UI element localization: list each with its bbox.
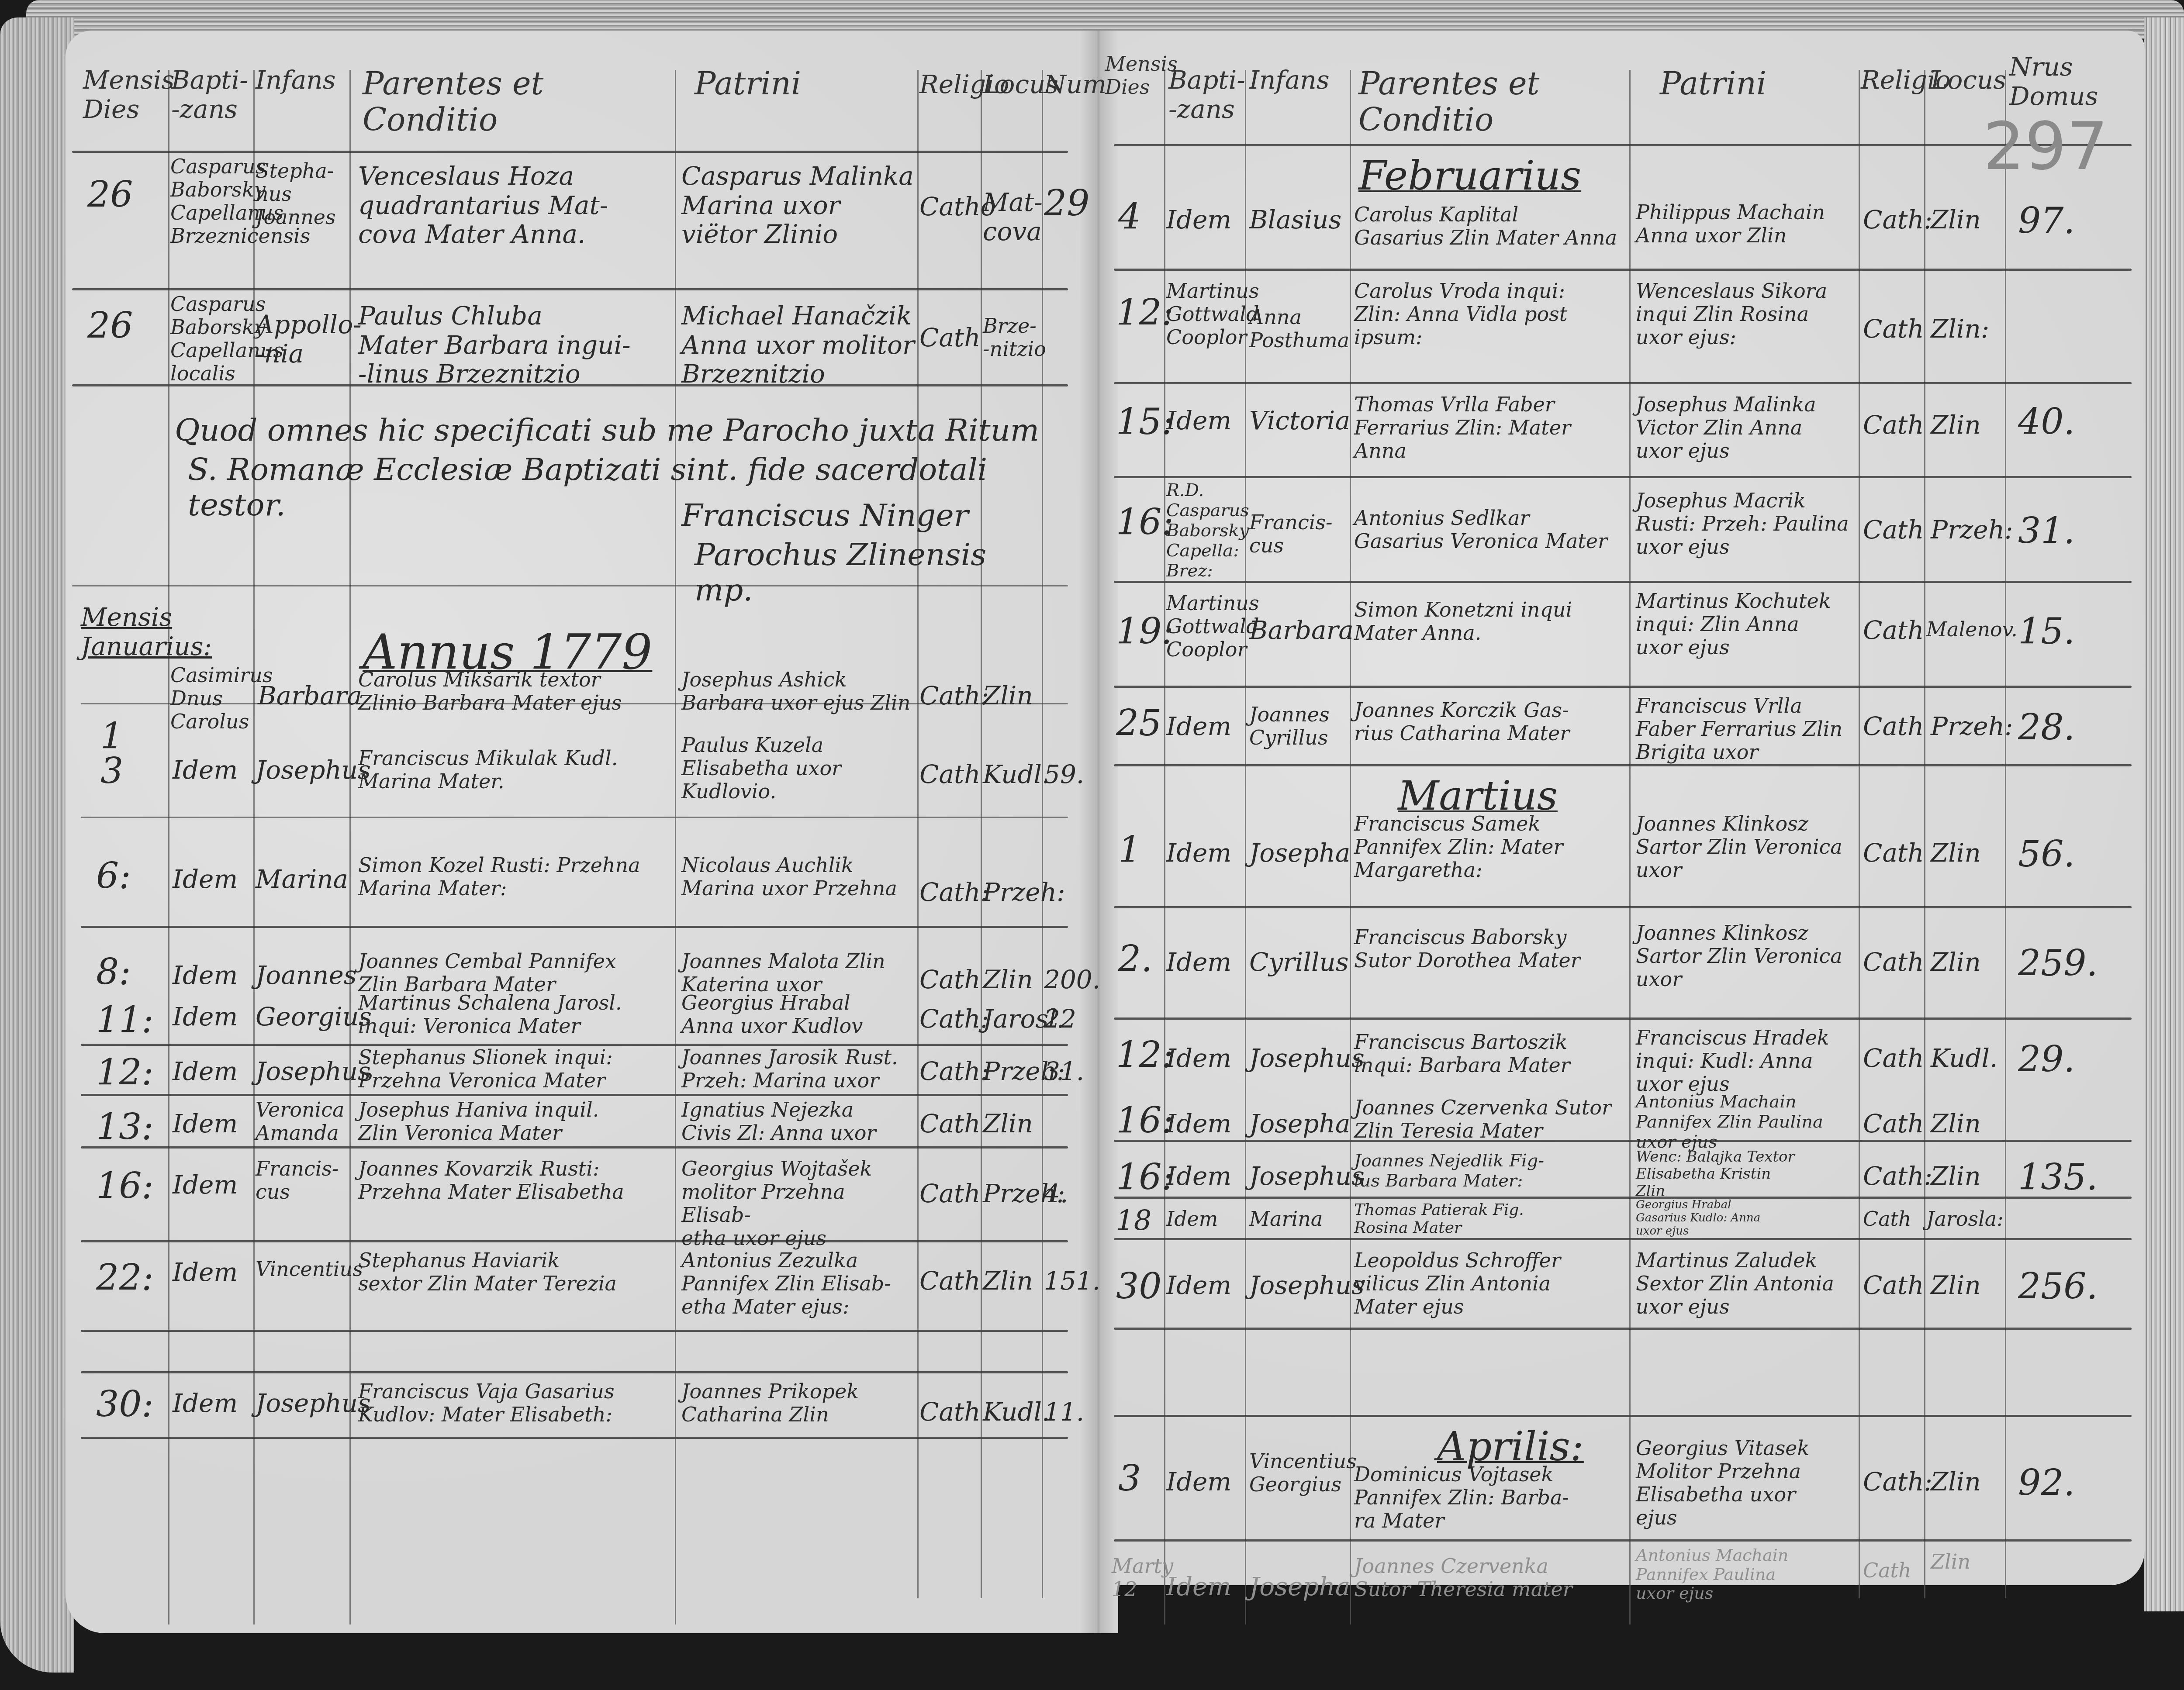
row-patrini: Georgius Wojtašek molitor Przehna Elisab…	[681, 1157, 917, 1250]
row-religio: Cath	[1863, 515, 1924, 545]
left-header-dies: Mensis Dies	[83, 66, 168, 124]
row-num: 15.	[2018, 611, 2075, 652]
row-religio: Cath	[1863, 1559, 1911, 1582]
row-parentes: Joannes Kovarzik Rusti: Przehna Mater El…	[358, 1157, 673, 1204]
right-row-rule	[1114, 1238, 2132, 1240]
row-religio: Cath	[1863, 948, 1924, 977]
row-locus: Zlin	[1931, 410, 1981, 440]
right-col-rule	[1629, 70, 1631, 1624]
row-day: 16:	[1116, 502, 1174, 543]
row-religio: Cath:	[919, 681, 989, 710]
row-patrini: Josephus Macrik Rusti: Przeh: Paulina ux…	[1636, 489, 1859, 559]
right-col-rule	[2005, 70, 2006, 1598]
row-day: 26	[87, 306, 133, 347]
row-religio: Cath	[1863, 838, 1924, 868]
row-day: 3	[100, 751, 123, 792]
row-patrini: Joannes Klinkosz Sartor Zlin Veronica ux…	[1636, 921, 1859, 991]
right-row-rule	[1114, 686, 2132, 688]
row-day: Marty 12	[1112, 1555, 1164, 1601]
left-header-patrini: Patrini	[695, 66, 913, 102]
row-locus: Zlin	[1931, 1550, 1970, 1573]
row-infans: Josephus	[1249, 1271, 1365, 1300]
row-religio: Cath:	[1863, 1467, 1932, 1497]
row-day: 16:	[96, 1166, 154, 1207]
row-locus: Zlin:	[1931, 314, 1989, 344]
row-infans: Joannes	[256, 961, 357, 990]
row-num: 135.	[2018, 1157, 2098, 1198]
left-header-religio: Religio	[919, 70, 981, 99]
right-header-locus: Locus	[1931, 66, 2001, 95]
row-religio: Cath	[919, 323, 981, 352]
row-religio: Cath	[919, 1179, 981, 1208]
row-num: 56.	[2018, 834, 2075, 875]
row-patrini: Joannes Klinkosz Sartor Zlin Veronica ux…	[1636, 812, 1859, 882]
row-num: 259.	[2018, 943, 2098, 984]
row-locus: Kudl.	[1931, 1044, 1998, 1073]
row-religio: Cath:	[919, 878, 989, 907]
row-infans: Cyrillus	[1249, 948, 1349, 977]
row-day: 19:	[1116, 611, 1174, 652]
row-baptizans: Idem	[1166, 838, 1231, 868]
row-baptizans: Idem	[1166, 1044, 1231, 1073]
row-patrini: Antonius Zezulka Pannifex Zlin Elisab- e…	[681, 1249, 917, 1318]
row-parentes: Carolus Kaplital Gasarius Zlin Mater Ann…	[1354, 203, 1629, 249]
row-patrini: Nicolaus Auchlik Marina uxor Przehna	[681, 854, 917, 900]
row-parentes: Venceslaus Hoza quadrantarius Mat- cova …	[358, 162, 673, 249]
row-infans: Josephus	[256, 1389, 371, 1418]
row-infans: Josepha	[1249, 838, 1350, 868]
row-infans: Barbara	[1249, 616, 1354, 645]
row-infans: Josepha	[1249, 1572, 1350, 1601]
row-day: 30	[1116, 1266, 1161, 1307]
row-patrini: Georgius Vitasek Molitor Przehna Elisabe…	[1636, 1437, 1859, 1529]
row-baptizans: Idem	[1166, 205, 1231, 235]
row-num: 4.	[1044, 1179, 1068, 1208]
right-row-rule	[1114, 269, 2132, 271]
row-parentes: Antonius Sedlkar Gasarius Veronica Mater	[1354, 507, 1629, 553]
left-row-rule	[72, 288, 1068, 290]
row-patrini: Joannes Malota Zlin Katerina uxor	[681, 950, 917, 996]
row-day: 13:	[96, 1107, 154, 1148]
row-parentes: Paulus Chluba Mater Barbara ingui- -linu…	[358, 301, 673, 389]
row-patrini: Martinus Kochutek inqui: Zlin Anna uxor …	[1636, 590, 1859, 659]
row-patrini: Georgius Hrabal Anna uxor Kudlov	[681, 991, 917, 1038]
row-patrini: Joannes Prikopek Catharina Zlin	[681, 1380, 917, 1426]
row-baptizans: Idem	[1166, 1572, 1231, 1601]
row-religio: Cath	[919, 1397, 981, 1427]
row-locus: Zlin	[1931, 1467, 1981, 1497]
right-header-num-domus: Nrus Domus	[2009, 52, 2097, 110]
row-religio: Cath	[1863, 616, 1924, 645]
row-infans: Stepha- nus Joannes	[256, 159, 347, 229]
row-religio: Cath	[919, 965, 981, 994]
row-parentes: Stephanus Haviarik sextor Zlin Mater Ter…	[358, 1249, 673, 1295]
row-day: 25	[1116, 703, 1161, 744]
row-patrini: Ignatius Nejezka Civis Zl: Anna uxor	[681, 1098, 917, 1145]
row-baptizans: Idem	[173, 1057, 238, 1086]
row-patrini: Wenc: Balajka Textor Elisabetha Kristin …	[1636, 1149, 1859, 1200]
row-religio: Cath	[1863, 712, 1924, 741]
row-parentes: Thomas Vrlla Faber Ferrarius Zlin: Mater…	[1354, 393, 1629, 462]
right-header-dies: Mensis Dies	[1105, 52, 1164, 99]
row-locus: Mat- cova	[983, 188, 1043, 246]
left-row-rule	[81, 1371, 1068, 1373]
row-locus: Zlin	[1931, 1271, 1981, 1300]
row-baptizans: Idem	[1166, 1109, 1231, 1138]
signature-name: Franciscus Ninger	[681, 498, 1031, 533]
row-infans: Vincentius	[256, 1258, 347, 1281]
left-row-rule	[81, 1094, 1068, 1096]
right-row-rule	[1114, 1017, 2132, 1020]
row-baptizans: Idem	[1166, 1162, 1231, 1191]
row-parentes: Franciscus Bartoszik inqui: Barbara Mate…	[1354, 1031, 1629, 1077]
row-parentes: Franciscus Samek Pannifex Zlin: Mater Ma…	[1354, 812, 1629, 882]
row-infans: Barbara	[258, 681, 362, 710]
row-locus: Kudl.	[983, 1397, 1050, 1427]
row-locus: Zlin	[983, 681, 1033, 710]
row-parentes: Joannes Czervenka Sutor Zlin Teresia Mat…	[1354, 1096, 1629, 1142]
row-religio: Cath	[1863, 1109, 1924, 1138]
right-row-rule	[1114, 764, 2132, 766]
row-baptizans: Idem	[173, 1109, 238, 1138]
row-day: 3	[1118, 1459, 1141, 1500]
row-parentes: Franciscus Mikulak Kudl. Marina Mater.	[358, 747, 673, 793]
row-parentes: Carolus Mikšarik textor Zlinio Barbara M…	[358, 668, 673, 714]
row-num: 40.	[2018, 402, 2075, 443]
row-infans: Anna Posthuma	[1249, 306, 1345, 352]
right-header-religio: Religio	[1861, 66, 1922, 95]
row-locus: Zlin	[983, 1109, 1033, 1138]
row-parentes: Franciscus Vaja Gasarius Kudlov: Mater E…	[358, 1380, 673, 1426]
row-baptizans: Idem	[173, 755, 238, 785]
row-locus: Zlin	[983, 1266, 1033, 1296]
right-row-rule	[1114, 1328, 2132, 1330]
left-header-baptizans: Bapti- -zans	[171, 66, 252, 124]
row-locus: Kudl.	[983, 760, 1050, 789]
row-baptizans: Idem	[173, 961, 238, 990]
row-num: 31.	[1044, 1057, 1084, 1086]
row-patrini: Joannes Jarosik Rust. Przeh: Marina uxor	[681, 1046, 917, 1092]
row-locus: Przeh:	[1931, 515, 2013, 545]
row-locus: Zlin	[1931, 948, 1981, 977]
row-patrini: Antonius Machain Pannifex Paulina uxor e…	[1636, 1546, 1859, 1603]
left-col-rule	[917, 70, 919, 1598]
right-row-rule	[1114, 144, 2132, 146]
left-row-rule	[72, 151, 1068, 153]
right-row-rule	[1114, 1197, 2132, 1199]
row-religio: Cath	[1863, 1044, 1924, 1073]
row-patrini: Michael Hanačzik Anna uxor molitor Brzez…	[681, 301, 917, 389]
row-day: 30:	[96, 1384, 154, 1425]
row-day: 6:	[96, 856, 131, 897]
row-day: 16:	[1116, 1157, 1174, 1198]
row-parentes: Joannes Korczik Gas- rius Catharina Mate…	[1354, 699, 1629, 745]
row-infans: Josephus	[256, 755, 347, 785]
row-baptizans: Idem	[173, 1170, 238, 1200]
row-day: 4	[1118, 197, 1141, 238]
row-num: 28.	[2018, 707, 2075, 748]
right-page	[1096, 31, 2145, 1585]
row-day: 12:	[1116, 1035, 1174, 1076]
row-day: 1	[1118, 830, 1141, 871]
row-baptizans: Martinus Gottwald Cooplor	[1166, 592, 1245, 661]
row-locus: Zlin	[1931, 838, 1981, 868]
row-locus: Przeh:	[1931, 712, 2013, 741]
row-infans: Appollo- -nia	[256, 310, 347, 368]
right-header-baptizans: Bapti- -zans	[1168, 66, 1245, 124]
row-patrini: Franciscus Hradek inqui: Kudl: Anna uxor…	[1636, 1026, 1859, 1096]
row-parentes: Joannes Czervenka Sutor Theresia mater	[1354, 1555, 1629, 1601]
left-row-rule	[81, 926, 1068, 928]
row-baptizans: Idem	[173, 1258, 238, 1287]
book-gutter	[1079, 31, 1118, 1633]
book-left-page-stack	[0, 17, 74, 1673]
row-baptizans: Casparus Baborsky Capellanus localis	[170, 293, 253, 385]
row-day: 16:	[1116, 1100, 1174, 1142]
signature-title: Parochus Zlinensis mp.	[695, 537, 1044, 607]
row-religio: Cath	[1863, 410, 1924, 440]
row-religio: Cath	[1863, 1271, 1924, 1300]
row-num: 29	[1044, 183, 1089, 224]
row-infans: Josepha	[1249, 1109, 1350, 1138]
row-num: 22	[1044, 1004, 1076, 1034]
row-num: 92.	[2018, 1463, 2075, 1504]
row-baptizans: Idem	[1166, 406, 1231, 435]
row-locus: Brze- -nitzio	[983, 314, 1046, 361]
row-baptizans: Idem	[173, 1002, 238, 1031]
row-parentes: Leopoldus Schroffer vilicus Zlin Antonia…	[1354, 1249, 1629, 1318]
row-patrini: Antonius Machain Pannifex Zlin Paulina u…	[1636, 1092, 1859, 1152]
row-baptizans: Idem	[1166, 1207, 1218, 1231]
row-baptizans: Casimirus Dnus Carolus	[170, 664, 253, 733]
row-infans: Georgius	[256, 1002, 372, 1031]
right-header-parentes: Parentes et Conditio	[1358, 66, 1629, 138]
row-baptizans: Idem	[173, 1389, 238, 1418]
row-infans: Joannes Cyrillus	[1249, 703, 1345, 749]
row-patrini: Franciscus Vrlla Faber Ferrarius Zlin Br…	[1636, 694, 1859, 764]
month-januarius-label: Mensis Januarius:	[81, 603, 168, 661]
row-religio: Cath	[919, 1109, 981, 1138]
left-row-rule	[81, 1330, 1068, 1332]
row-day: 8:	[96, 952, 131, 993]
row-num: 59.	[1044, 760, 1084, 789]
row-infans: Josephus	[1249, 1162, 1365, 1191]
row-day: 18	[1116, 1205, 1151, 1238]
row-infans: Blasius	[1249, 205, 1341, 235]
left-header-parentes: Parentes et Conditio	[363, 66, 668, 138]
right-row-rule	[1114, 476, 2132, 478]
right-header-infans: Infans	[1249, 66, 1345, 95]
row-baptizans: Idem	[1166, 1467, 1231, 1497]
row-parentes: Carolus Vroda inqui: Zlin: Anna Vidla po…	[1354, 279, 1629, 349]
row-parentes: Simon Kozel Rusti: Przehna Marina Mater:	[358, 854, 673, 900]
row-locus: Zlin	[1931, 1109, 1981, 1138]
row-num: 11.	[1044, 1397, 1084, 1427]
row-patrini: Josephus Malinka Victor Zlin Anna uxor e…	[1636, 393, 1859, 462]
row-baptizans: Idem	[1166, 712, 1231, 741]
row-day: 15:	[1116, 402, 1174, 443]
month-februarius: Februarius	[1358, 153, 1581, 199]
row-patrini: Casparus Malinka Marina uxor viëtor Zlin…	[681, 162, 917, 249]
left-header-num: Num	[1044, 70, 1083, 99]
row-locus: Zlin	[1931, 1162, 1981, 1191]
row-day: 22:	[96, 1258, 154, 1299]
row-infans: Veronica Amanda	[256, 1098, 347, 1145]
right-row-rule	[1114, 906, 2132, 908]
left-row-rule	[81, 1240, 1068, 1242]
row-parentes: Joannes Nejedlik Fig- lus Barbara Mater:	[1354, 1151, 1629, 1191]
row-locus: Jarosla:	[1926, 1207, 2004, 1231]
row-patrini: Martinus Zaludek Sextor Zlin Antonia uxo…	[1636, 1249, 1859, 1318]
row-parentes: Stephanus Slionek inqui: Przehna Veronic…	[358, 1046, 673, 1092]
row-baptizans: Idem	[173, 865, 238, 894]
row-religio: Cath	[919, 1266, 981, 1296]
row-patrini: Josephus Ashick Barbara uxor ejus Zlin	[681, 668, 917, 714]
row-parentes: Josephus Haniva inquil. Zlin Veronica Ma…	[358, 1098, 673, 1145]
left-col-rule	[675, 70, 676, 1624]
row-infans: Marina	[1249, 1207, 1323, 1231]
row-patrini: Paulus Kuzela Elisabetha uxor Kudlovio.	[681, 734, 917, 803]
attestation-line-1: Quod omnes hic specificati sub me Paroch…	[175, 413, 1070, 448]
book-right-page-stack	[2144, 17, 2184, 1611]
row-infans: Francis- cus	[1249, 511, 1345, 557]
row-day: 11:	[96, 1000, 154, 1041]
row-num: 97.	[2018, 201, 2075, 242]
row-parentes: Simon Konetzni inqui Mater Anna.	[1354, 598, 1629, 645]
row-locus: Zlin	[983, 965, 1033, 994]
row-baptizans: Idem	[1166, 1271, 1231, 1300]
row-religio: Cath	[1863, 1207, 1911, 1231]
row-parentes: Dominicus Vojtasek Pannifex Zlin: Barba-…	[1354, 1463, 1629, 1532]
row-baptizans: Idem	[1166, 948, 1231, 977]
right-col-rule	[1924, 70, 1925, 1598]
row-baptizans: R.D. Casparus Baborsky Capella: Brez:	[1166, 480, 1245, 581]
row-infans: Josephus	[1249, 1044, 1365, 1073]
row-num: 31.	[2018, 511, 2075, 552]
row-parentes: Martinus Schalena Jarosl. inqui: Veronic…	[358, 991, 673, 1038]
row-day: 2.	[1118, 939, 1152, 980]
left-header-locus: Locus	[983, 70, 1042, 99]
row-locus: Przeh:	[983, 878, 1065, 907]
row-infans: Victoria	[1249, 406, 1350, 435]
right-header-patrini: Patrini	[1660, 66, 1852, 102]
left-header-infans: Infans	[256, 66, 347, 95]
right-row-rule	[1114, 1415, 2132, 1417]
row-num: 151.	[1044, 1266, 1100, 1296]
left-col-rule	[981, 70, 982, 1598]
row-num: 256.	[2018, 1266, 2098, 1307]
row-religio: Cath:	[1863, 1162, 1932, 1191]
row-num: 29.	[2018, 1039, 2075, 1080]
row-parentes: Franciscus Baborsky Sutor Dorothea Mater	[1354, 926, 1629, 972]
row-parentes: Thomas Patierak Fig. Rosina Mater	[1354, 1201, 1629, 1237]
left-row-rule	[81, 1437, 1068, 1439]
row-baptizans: Martinus Gottwald Cooplor	[1166, 279, 1245, 349]
row-patrini: Wenceslaus Sikora inqui Zlin Rosina uxor…	[1636, 279, 1859, 349]
row-baptizans: Casparus Baborsky Capellanus Brzeznicens…	[170, 155, 253, 248]
right-row-rule	[1114, 382, 2132, 384]
row-infans: Josephus	[256, 1057, 371, 1086]
right-col-rule	[1859, 70, 1860, 1598]
row-locus: Malenov.	[1926, 618, 2018, 641]
page-number: 297	[1983, 109, 2108, 185]
row-patrini: Philippus Machain Anna uxor Zlin	[1636, 201, 1859, 247]
row-religio: Cath:	[1863, 205, 1932, 235]
right-row-rule	[1114, 1539, 2132, 1542]
left-col-rule	[168, 70, 169, 1624]
left-col-rule	[1042, 70, 1043, 1598]
row-religio: Cath:	[919, 1057, 989, 1086]
row-day: 26	[87, 175, 133, 216]
row-locus: Zlin	[1931, 205, 1981, 235]
row-patrini: Georgius Hrabal Gasarius Kudlo: Anna uxo…	[1636, 1199, 1859, 1238]
row-religio: Cath:	[919, 1004, 989, 1034]
row-religio: Cath	[1863, 314, 1924, 344]
row-parentes: Joannes Cembal Pannifex Zlin Barbara Mat…	[358, 950, 673, 996]
row-num: 200.	[1044, 965, 1100, 994]
row-religio: Cath	[919, 760, 981, 789]
left-row-rule	[81, 1146, 1068, 1149]
right-row-rule	[1114, 581, 2132, 583]
row-infans: Francis- cus	[256, 1157, 347, 1204]
row-day: 12:	[96, 1052, 154, 1093]
row-infans: Marina	[256, 865, 348, 894]
left-row-rule	[81, 817, 1068, 818]
row-infans: Vincentius Georgius	[1249, 1450, 1350, 1496]
row-day: 12:	[1116, 293, 1174, 334]
